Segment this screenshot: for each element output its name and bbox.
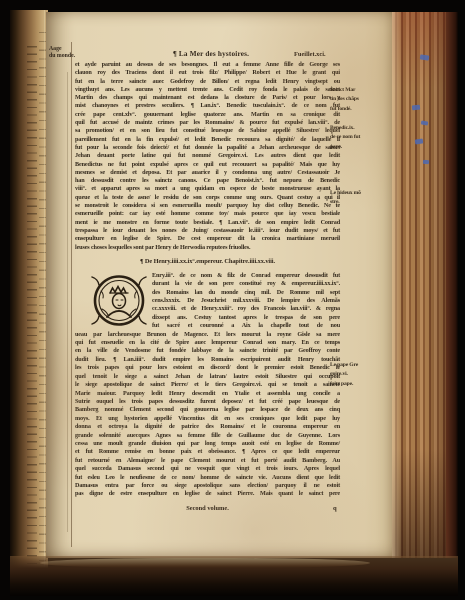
left-page-edge-highlight [44, 10, 45, 590]
text-line: Bamberg nommé Clement second qui gouuern… [75, 406, 340, 414]
text-line: en la ville de Vendosme fut fondée labba… [75, 347, 340, 355]
margin-rule [71, 42, 72, 547]
text-line: trespassa le iour deuant les nones de Ju… [75, 227, 340, 235]
text-line: pas digne de estre ensepulture en leglis… [75, 490, 340, 498]
text-line: ueau par larcheuesque Brunon de Magence.… [75, 331, 340, 339]
left-page-stack [10, 10, 48, 590]
text-line: sa promotion/ et en son lieu fut constit… [75, 127, 340, 135]
text-line: Damasus entra par force ou siege apostol… [75, 482, 340, 490]
signature-mark: q [333, 505, 337, 512]
text-line: qui fut enseuelie en la cité de Spire au… [75, 339, 340, 347]
text-line: viii°. et apparut apres sa mort a ung qu… [75, 185, 340, 193]
text-line: des Romains lan du monde cinq mil. De Ro… [152, 289, 340, 297]
bottom-page-edges-shadow [10, 556, 458, 596]
text-line: et fut Romme remise en bonne paix et obe… [75, 448, 340, 456]
text-line: crée pape cent.xlv°. gouuernant leglise … [75, 111, 340, 119]
text-line: han dessusdit contre les sainctz canons.… [75, 177, 340, 185]
text-line: clauon roy des Traciens dont il eut troi… [75, 69, 340, 77]
text-line: Le hideux mõ [330, 189, 390, 198]
text-line: moys. Et ung hystorien appellé Vincentiu… [75, 415, 340, 423]
text-line: cens.lxxxix. De Jesuchrist mil.xxxviii. … [152, 297, 340, 305]
text-line: les trois papes qui pour lors estoient e… [75, 364, 340, 372]
text-line: Sutrie ouquel les trois papes dessusditz… [75, 398, 340, 406]
margin-note: Le hideux mõstre. [330, 189, 390, 208]
text-line: Jehan deuant porte latine qui fut nommé … [75, 152, 340, 160]
text-line: pareillement fut en la fin expulsé/ et l… [75, 136, 340, 144]
text-line: pape. [330, 143, 390, 152]
text-line: fut sacré et couronné a Aix la chapelle … [152, 322, 340, 330]
book-photo: Aage du monde. ¶ La Mer des hystoires. F… [0, 0, 465, 600]
text-line: queue et la teste de asne/ le residu de … [75, 194, 340, 202]
text-line: donna et octroya la dignité de patrice d… [75, 423, 340, 431]
volume-label: Second volume. [75, 505, 340, 512]
text-line: Marie maiour. Parquoy ledit Henry descen… [75, 390, 340, 398]
blue-edge-mark [412, 105, 420, 111]
folio-number: Fueillet.xci. [294, 51, 374, 58]
text-line: Sainct Mar [330, 86, 390, 95]
text-line: dixsept ans. Cestuy tantost apres le tre… [152, 314, 340, 322]
text-line: stre. [330, 198, 390, 207]
margin-note: Le pape Gregoire.vi.faict pape. [330, 361, 390, 389]
left-edge-microtext [27, 46, 37, 566]
text-line: mesmes se demist et deposa. Et par auari… [75, 169, 340, 177]
text-line: quel tenoit le siege a sainct Jehan de l… [75, 373, 340, 381]
text-line: cessa une moult grande diuision qui par … [75, 440, 340, 448]
text-line: Martin des champs qui maintenant est ded… [75, 94, 340, 102]
text-line: ment ie me monstre en forme toute bestia… [75, 219, 340, 227]
paragraph-1: et ayde paruint au dessus de ses besongn… [75, 61, 340, 252]
book-page: Aage du monde. ¶ La Mer des hystoires. F… [46, 12, 392, 558]
text-line: faict pape. [330, 380, 390, 389]
text-line: fut fondé. [330, 105, 390, 114]
text-line: vingthuyt ans. Les aucuns y mettent tren… [75, 86, 340, 94]
historiated-initial-woodcut [88, 273, 150, 328]
text-line: fut esleu Leo le neufiesme de ce nom/ ho… [75, 474, 340, 482]
book-cover-edge [446, 12, 458, 558]
blue-edge-mark [420, 54, 430, 60]
text-line: esmerueille point: car iay esté homme co… [75, 210, 340, 218]
text-line: ensepulture en leglise de Spire. De cest… [75, 235, 340, 243]
text-line: Enry.iii°. de ce nom & filz de Conrad em… [152, 272, 340, 280]
text-line: dudit lieu. ¶ Lan.iiii°. dudit empire le… [75, 356, 340, 364]
text-line: de ce nom fut [330, 133, 390, 142]
text-line: mist chanoynes et prestres seculiers. ¶ … [75, 102, 340, 110]
text-line: tin des chãps [330, 95, 390, 104]
running-head-left-line2: du monde. [49, 53, 79, 60]
text-line: quel succeda Damasus second qui ne vesqu… [75, 465, 340, 473]
text-line: fut pour la seconde fois deiecté/ et fut… [75, 144, 340, 152]
text-line: fut en la terre saincte auec Godefroy de… [75, 78, 340, 86]
text-line: le siege apostolique de sainct Pierre/ e… [75, 381, 340, 389]
blue-edge-mark [423, 160, 429, 165]
paragraph-2: Enry.iii°. de ce nom & filz de Conrad em… [75, 272, 340, 499]
margin-note: Sainct Martin des chãpsfut fondé. [330, 86, 390, 114]
paragraph-2-full: ueau par larcheuesque Brunon de Magence.… [75, 331, 340, 499]
text-line: cc.xxxviii. et de Henry.xxiii°. roy des … [152, 305, 340, 313]
running-head-left: Aage du monde. [49, 46, 79, 60]
margin-rule-faint [67, 72, 68, 532]
text-line: leuses choses lesquelles sont par Henry … [75, 244, 340, 252]
text-line: fut retourné en Alemaigne/ le pape Cleme… [75, 457, 340, 465]
text-line: quil fut accusé de maintz crimes par les… [75, 119, 340, 127]
text-line: goire.vi. [330, 370, 390, 379]
footer-line: Second volume. q [75, 505, 340, 515]
running-head-title: ¶ La Mer des hystoires. [116, 50, 306, 58]
text-line: grande solennité auecques Agnes sa femme… [75, 432, 340, 440]
text-line: Le pape Gre [330, 361, 390, 370]
text-block: et ayde paruint au dessus de ses besongn… [75, 61, 340, 499]
text-line: durant la vie de son pere constitué roy … [152, 280, 340, 288]
text-line: se monstroit le considera si sen esmerue… [75, 202, 340, 210]
text-line: Benedictus ne fut point expulsé apres ce… [75, 161, 340, 169]
chapter-heading: ¶ De Henry.iiii.xx.ix°.empereur. Chapitr… [75, 258, 340, 265]
text-line: Benedic.ix. [330, 124, 390, 133]
text-line: et ayde paruint au dessus de ses besongn… [75, 61, 340, 69]
margin-note: Benedic.ix.de ce nom futpape. [330, 124, 390, 152]
running-head-left-line1: Aage [49, 46, 79, 53]
